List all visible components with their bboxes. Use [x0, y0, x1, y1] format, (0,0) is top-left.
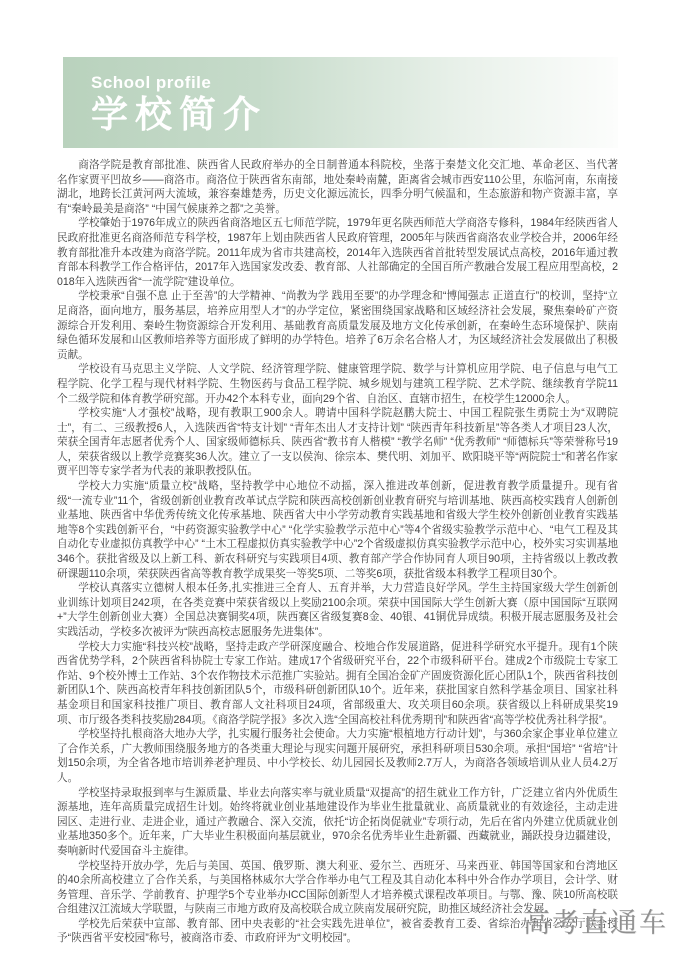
- paragraph: 商洛学院是教育部批准、陕西省人民政府举办的全日制普通本科院校，坐落于秦楚文化交汇…: [57, 158, 618, 216]
- article-body: 商洛学院是教育部批准、陕西省人民政府举办的全日制普通本科院校，坐落于秦楚文化交汇…: [57, 158, 618, 946]
- paragraph: 学校大力实施“科技兴校”战略，坚持走政产学研深度融合、校地合作发展道路，促进科学…: [57, 640, 618, 728]
- paragraph: 学校设有马克思主义学院、人文学院、经济管理学院、健康管理学院、数学与计算机应用学…: [57, 362, 618, 406]
- paragraph: 学校认真落实立德树人根本任务,扎实推进三全育人、五育并举，大力营造良好学风。学生…: [57, 581, 618, 639]
- banner-title: 学校简介: [91, 94, 618, 137]
- content-column: School profile 学校简介 商洛学院是教育部批准、陕西省人民政府举办…: [57, 0, 618, 946]
- watermark: 高考直通车: [523, 901, 668, 940]
- paragraph: 学校秉承“自强不息 止于至善”的大学精神、“尚教为学 践用至要”的办学理念和“博…: [57, 289, 618, 362]
- page-container: School profile 学校简介 商洛学院是教育部批准、陕西省人民政府举办…: [0, 0, 674, 958]
- paragraph: 学校坚持扎根商洛大地办大学，扎实履行服务社会使命。大力实施“根植地方行动计划”，…: [57, 727, 618, 785]
- paragraph: 学校大力实施“质量立校”战略，坚持教学中心地位不动摇，深入推进改革创新，促进教育…: [57, 479, 618, 581]
- paragraph: 学校实施“人才强校”战略，现有教职工900余人。聘请中国科学院赵鹏大院士、中国工…: [57, 406, 618, 479]
- banner-subtitle: School profile: [91, 74, 618, 93]
- paragraph: 学校坚持录取报到率与生源质量、毕业去向落实率与就业质量“双提高”的招生就业工作方…: [57, 786, 618, 859]
- paragraph: 学校肇始于1976年成立的陕西省商洛地区五七师范学院，1979年更名陕西师范大学…: [57, 216, 618, 289]
- header-banner: School profile 学校简介: [63, 57, 618, 148]
